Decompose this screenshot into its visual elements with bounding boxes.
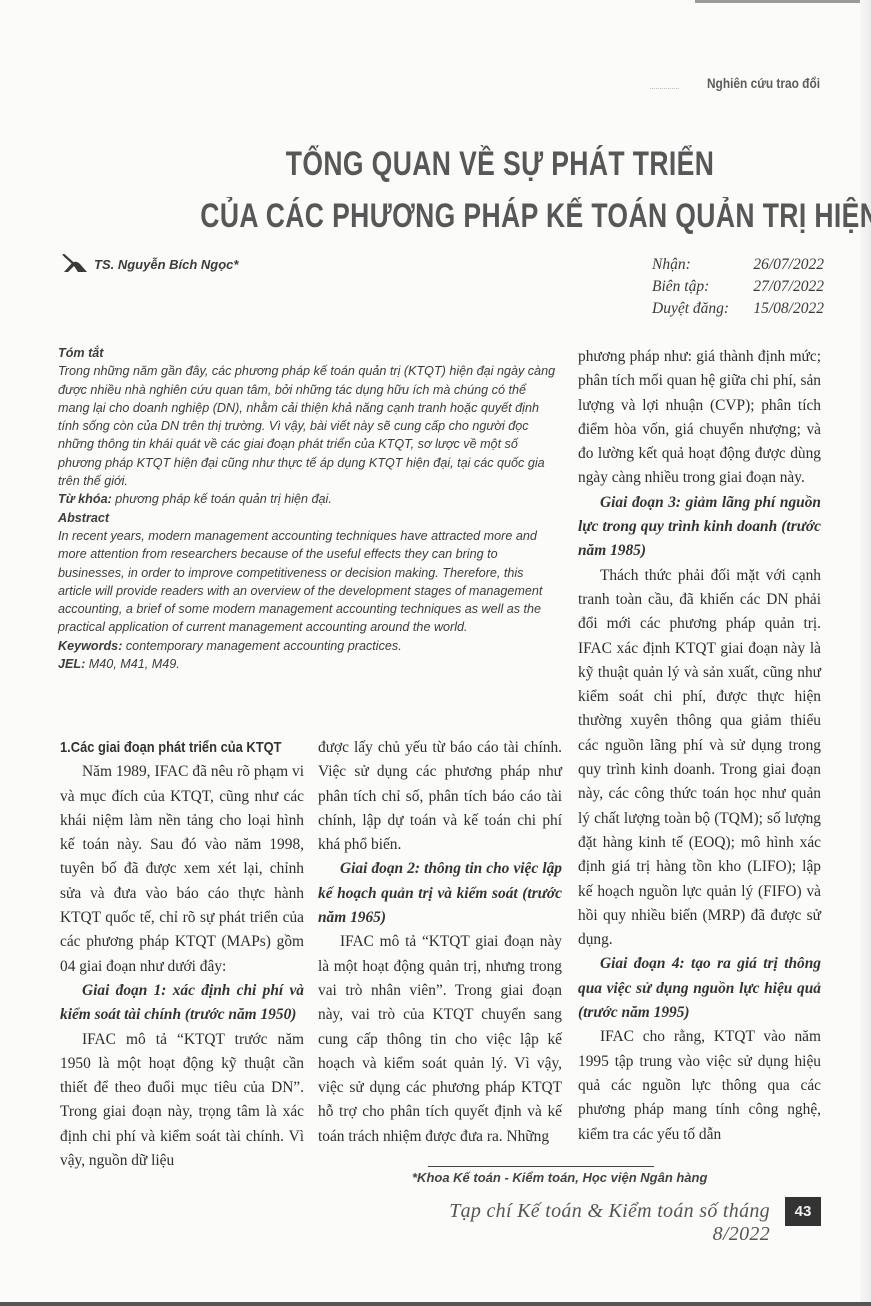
jel-label: JEL: [58,657,85,671]
paragraph: IFAC mô tả “KTQT trước năm 1950 là một h… [60,1028,304,1174]
scan-bottom-edge [0,1302,871,1306]
article-title: TỔNG QUAN VỀ SỰ PHÁT TRIỂN CỦA CÁC PHƯƠN… [150,138,850,242]
date-label: Nhận: [652,254,691,276]
author-affiliation-footnote: *Khoa Kế toán - Kiểm toán, Học viện Ngân… [412,1170,707,1185]
section-header: Nghiên cứu trao đổi [560,72,820,94]
vn-abstract-text: Trong những năm gần đây, các phương pháp… [58,362,558,490]
stage-2-heading: Giai đoạn 2: thông tin cho việc lập kế h… [318,857,562,930]
en-keywords: Keywords: contemporary management accoun… [58,637,558,655]
vn-keywords: Từ khóa: phương pháp kế toán quản trị hi… [58,490,558,508]
submission-dates: Nhận: 26/07/2022 Biên tập: 27/07/2022 Du… [652,254,824,320]
abstract-block: Tóm tắt Trong những năm gần đây, các phư… [58,344,558,673]
date-edited: Biên tập: 27/07/2022 [652,276,824,298]
paragraph: IFAC mô tả “KTQT giai đoạn này là một ho… [318,930,562,1149]
paragraph: được lấy chủ yếu từ báo cáo tài chính. V… [318,736,562,857]
date-value: 15/08/2022 [753,298,824,320]
date-value: 26/07/2022 [753,254,824,276]
en-abstract-heading: Abstract [58,509,558,527]
journal-name: Tạp chí Kế toán & Kiểm toán số tháng 8/2… [420,1200,770,1246]
author-byline: TS. Nguyễn Bích Ngọc* [62,254,238,274]
pen-icon [62,254,90,274]
paragraph: phương pháp như: giá thành định mức; phâ… [578,345,821,491]
date-received: Nhận: 26/07/2022 [652,254,824,276]
vn-keywords-label: Từ khóa: [58,492,112,506]
stage-4-heading: Giai đoạn 4: tạo ra giá trị thông qua vi… [578,952,821,1025]
footnote-divider [428,1166,654,1167]
date-label: Biên tập: [652,276,709,298]
date-approved: Duyệt đăng: 15/08/2022 [652,298,824,320]
en-keywords-value: contemporary management accounting pract… [122,639,401,653]
header-dotted-rule [650,78,679,89]
paragraph: IFAC cho rằng, KTQT vào năm 1995 tập tru… [578,1025,821,1146]
body-column-2: được lấy chủ yếu từ báo cáo tài chính. V… [318,736,562,1149]
section-1-heading: 1.Các giai đoạn phát triển của KTQT [60,736,270,760]
page-edge-shadow [860,0,871,1306]
jel-codes: JEL: M40, M41, M49. [58,655,558,673]
vn-abstract-heading: Tóm tắt [58,344,558,362]
body-column-1: 1.Các giai đoạn phát triển của KTQT Năm … [60,736,304,1173]
jel-value: M40, M41, M49. [85,657,180,671]
section-label: Nghiên cứu trao đổi [707,75,820,91]
stage-1-heading: Giai đoạn 1: xác định chi phí và kiểm so… [60,979,304,1028]
scan-edge-mark [695,0,871,3]
paragraph: Năm 1989, IFAC đã nêu rõ phạm vi và mục … [60,760,304,979]
body-column-3: phương pháp như: giá thành định mức; phâ… [578,345,821,1147]
en-abstract-text: In recent years, modern management accou… [58,527,558,637]
title-line-1: TỔNG QUAN VỀ SỰ PHÁT TRIỂN [227,138,773,190]
date-label: Duyệt đăng: [652,298,729,320]
title-line-2: CỦA CÁC PHƯƠNG PHÁP KẾ TOÁN QUẢN TRỊ HIỆ… [200,190,769,242]
stage-3-heading: Giai đoạn 3: giảm lãng phí nguồn lực tro… [578,491,821,564]
vn-keywords-value: phương pháp kế toán quản trị hiện đại. [112,492,332,506]
page-number: 43 [785,1197,821,1226]
author-name: TS. Nguyễn Bích Ngọc* [94,257,238,272]
paragraph: Thách thức phải đối mặt với cạnh tranh t… [578,564,821,953]
en-keywords-label: Keywords: [58,639,122,653]
date-value: 27/07/2022 [753,276,824,298]
